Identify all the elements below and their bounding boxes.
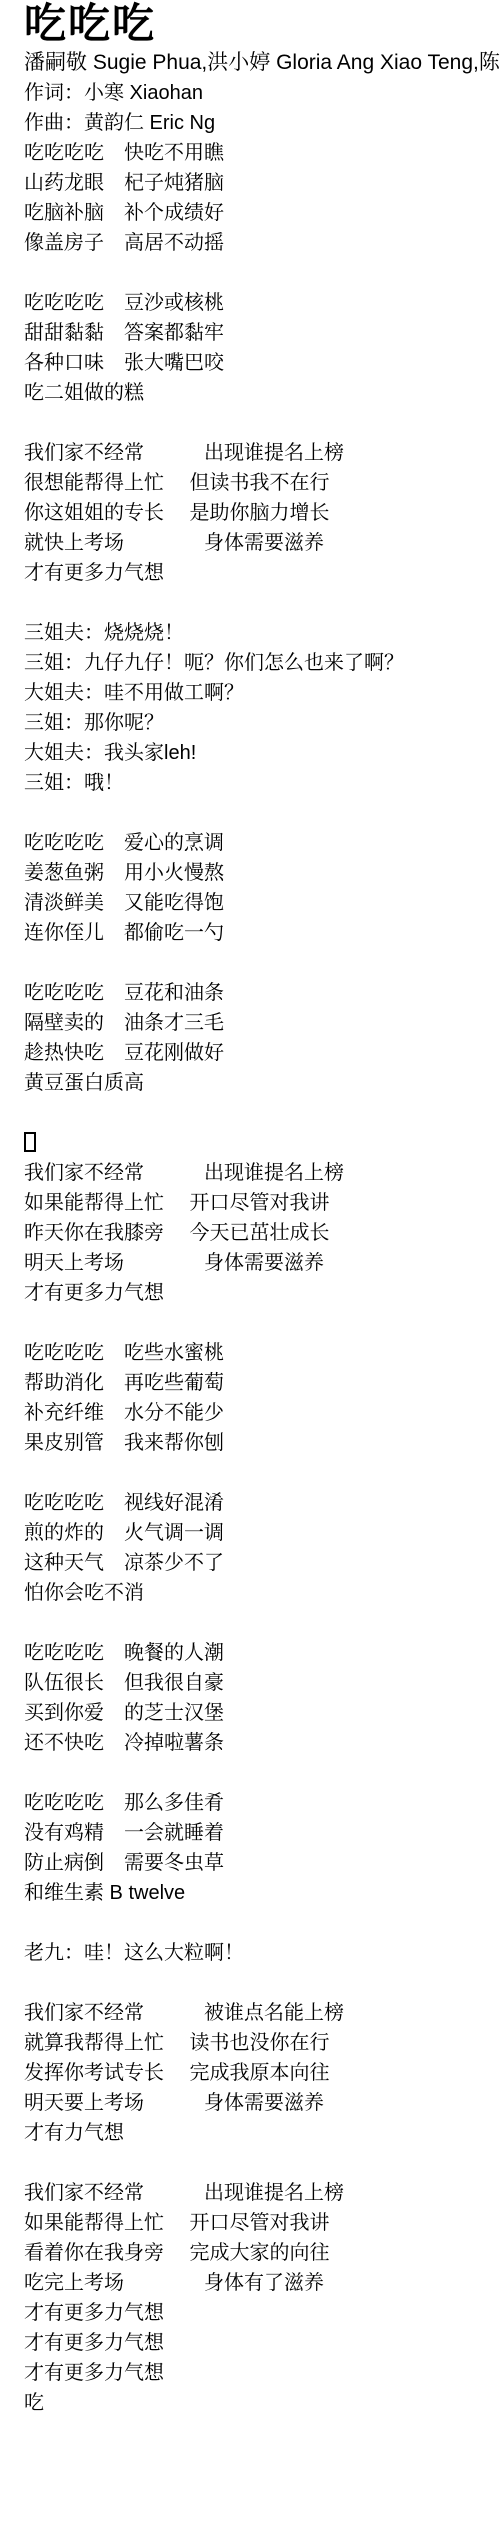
lyric-line: 黄豆蛋白质高 — [24, 1068, 500, 1098]
lyric-line: 老九：哇！这么大粒啊！ — [24, 1938, 500, 1968]
lyric-line: 如果能帮得上忙 开口尽管对我讲 — [24, 2208, 500, 2238]
lyric-line: 三姐夫：烧烧烧！ — [24, 618, 500, 648]
lyric-line: 和维生素 B twelve — [24, 1878, 500, 1908]
stanza: 我们家不经常 出现谁提名上榜很想能帮得上忙 但读书我不在行你这姐姐的专长 是助你… — [24, 438, 500, 588]
lyric-line: 才有更多力气想 — [24, 2358, 500, 2388]
lyric-line — [24, 1128, 500, 1158]
lyric-line: 昨天你在我膝旁 今天已茁壮成长 — [24, 1218, 500, 1248]
lyrics-page: 吃吃吃 潘嗣敬 Sugie Phua,洪小婷 Gloria Ang Xiao T… — [0, 0, 500, 2530]
lyrics-body: 吃吃吃吃 快吃不用瞧山药龙眼 杞子炖猪脑吃脑补脑 补个成绩好像盖房子 高居不动摇… — [24, 138, 500, 2418]
lyric-line: 吃二姐做的糕 — [24, 378, 500, 408]
stanza: 吃吃吃吃 豆沙或核桃甜甜黏黏 答案都黏牢各种口味 张大嘴巴咬吃二姐做的糕 — [24, 288, 500, 408]
lyric-line: 大姐夫：哇不用做工啊？ — [24, 678, 500, 708]
lyric-line: 果皮别管 我来帮你刨 — [24, 1428, 500, 1458]
stanza: 吃吃吃吃 晚餐的人潮队伍很长 但我很自豪买到你爱 的芝士汉堡还不快吃 冷掉啦薯条 — [24, 1638, 500, 1758]
credit-line: 作词：小寒 Xiaohan — [24, 78, 500, 108]
lyric-line: 吃吃吃吃 吃些水蜜桃 — [24, 1338, 500, 1368]
lyric-line: 吃吃吃吃 豆花和油条 — [24, 978, 500, 1008]
lyric-line: 吃吃吃吃 视线好混淆 — [24, 1488, 500, 1518]
lyric-line: 吃 — [24, 2388, 500, 2418]
lyric-line: 三姐：九仔九仔！呃？你们怎么也来了啊？ — [24, 648, 500, 678]
lyric-line: 煎的炸的 火气调一调 — [24, 1518, 500, 1548]
lyric-line: 隔壁卖的 油条才三毛 — [24, 1008, 500, 1038]
lyric-line: 才有更多力气想 — [24, 2298, 500, 2328]
lyric-line: 才有更多力气想 — [24, 2328, 500, 2358]
lyric-line: 连你侄儿 都偷吃一勺 — [24, 918, 500, 948]
lyric-line: 这种天气 凉茶少不了 — [24, 1548, 500, 1578]
lyric-line: 才有更多力气想 — [24, 1278, 500, 1308]
lyric-line: 才有更多力气想 — [24, 558, 500, 588]
stanza: 我们家不经常 出现谁提名上榜如果能帮得上忙 开口尽管对我讲看着你在我身旁 完成大… — [24, 2178, 500, 2418]
lyric-line: 各种口味 张大嘴巴咬 — [24, 348, 500, 378]
lyric-line: 才有力气想 — [24, 2118, 500, 2148]
song-title: 吃吃吃 — [24, 0, 500, 48]
lyric-line: 没有鸡精 一会就睡着 — [24, 1818, 500, 1848]
lyric-line: 补充纤维 水分不能少 — [24, 1398, 500, 1428]
lyric-line: 大姐夫：我头家leh! — [24, 738, 500, 768]
lyric-line: 如果能帮得上忙 开口尽管对我讲 — [24, 1188, 500, 1218]
stanza: 吃吃吃吃 那么多佳肴没有鸡精 一会就睡着防止病倒 需要冬虫草和维生素 B twe… — [24, 1788, 500, 1908]
lyric-line: 发挥你考试专长 完成我原本向往 — [24, 2058, 500, 2088]
lyric-line: 三姐：哦！ — [24, 768, 500, 798]
lyric-line: 吃吃吃吃 晚餐的人潮 — [24, 1638, 500, 1668]
stanza: 吃吃吃吃 豆花和油条隔壁卖的 油条才三毛趁热快吃 豆花刚做好黄豆蛋白质高 — [24, 978, 500, 1098]
lyric-line: 像盖房子 高居不动摇 — [24, 228, 500, 258]
lyric-line: 帮助消化 再吃些葡萄 — [24, 1368, 500, 1398]
lyric-line: 姜葱鱼粥 用小火慢熬 — [24, 858, 500, 888]
artist-line: 潘嗣敬 Sugie Phua,洪小婷 Gloria Ang Xiao Teng,… — [24, 48, 500, 78]
lyric-line: 吃完上考场 身体有了滋养 — [24, 2268, 500, 2298]
lyric-line: 趁热快吃 豆花刚做好 — [24, 1038, 500, 1068]
credits: 作词：小寒 Xiaohan作曲：黄韵仁 Eric Ng — [24, 78, 500, 138]
lyric-line: 很想能帮得上忙 但读书我不在行 — [24, 468, 500, 498]
stanza: 我们家不经常 出现谁提名上榜如果能帮得上忙 开口尽管对我讲昨天你在我膝旁 今天已… — [24, 1128, 500, 1308]
lyric-line: 买到你爱 的芝士汉堡 — [24, 1698, 500, 1728]
lyric-line: 我们家不经常 被谁点名能上榜 — [24, 1998, 500, 2028]
lyric-line: 吃脑补脑 补个成绩好 — [24, 198, 500, 228]
lyric-line: 还不快吃 冷掉啦薯条 — [24, 1728, 500, 1758]
lyric-line: 明天要上考场 身体需要滋养 — [24, 2088, 500, 2118]
stanza: 三姐夫：烧烧烧！三姐：九仔九仔！呃？你们怎么也来了啊？大姐夫：哇不用做工啊？三姐… — [24, 618, 500, 798]
stanza: 吃吃吃吃 爱心的烹调姜葱鱼粥 用小火慢熬清淡鲜美 又能吃得饱连你侄儿 都偷吃一勺 — [24, 828, 500, 948]
stanza: 我们家不经常 被谁点名能上榜就算我帮得上忙 读书也没你在行发挥你考试专长 完成我… — [24, 1998, 500, 2148]
lyric-line: 吃吃吃吃 那么多佳肴 — [24, 1788, 500, 1818]
lyric-line: 就算我帮得上忙 读书也没你在行 — [24, 2028, 500, 2058]
stanza: 吃吃吃吃 吃些水蜜桃帮助消化 再吃些葡萄补充纤维 水分不能少果皮别管 我来帮你刨 — [24, 1338, 500, 1458]
lyric-line: 清淡鲜美 又能吃得饱 — [24, 888, 500, 918]
lyric-line: 你这姐姐的专长 是助你脑力增长 — [24, 498, 500, 528]
lyric-line: 三姐：那你呢？ — [24, 708, 500, 738]
lyric-line: 明天上考场 身体需要滋养 — [24, 1248, 500, 1278]
credit-line: 作曲：黄韵仁 Eric Ng — [24, 108, 500, 138]
page-header: 吃吃吃 潘嗣敬 Sugie Phua,洪小婷 Gloria Ang Xiao T… — [24, 0, 500, 78]
lyric-line: 我们家不经常 出现谁提名上榜 — [24, 1158, 500, 1188]
lyric-line: 甜甜黏黏 答案都黏牢 — [24, 318, 500, 348]
lyric-line: 就快上考场 身体需要滋养 — [24, 528, 500, 558]
lyric-line: 吃吃吃吃 豆沙或核桃 — [24, 288, 500, 318]
stanza: 吃吃吃吃 快吃不用瞧山药龙眼 杞子炖猪脑吃脑补脑 补个成绩好像盖房子 高居不动摇 — [24, 138, 500, 258]
lyric-line: 我们家不经常 出现谁提名上榜 — [24, 2178, 500, 2208]
lyric-line: 我们家不经常 出现谁提名上榜 — [24, 438, 500, 468]
lyric-line: 吃吃吃吃 爱心的烹调 — [24, 828, 500, 858]
missing-glyph-box — [24, 1132, 36, 1152]
lyric-line: 山药龙眼 杞子炖猪脑 — [24, 168, 500, 198]
lyric-line: 看着你在我身旁 完成大家的向往 — [24, 2238, 500, 2268]
stanza: 吃吃吃吃 视线好混淆煎的炸的 火气调一调这种天气 凉茶少不了怕你会吃不消 — [24, 1488, 500, 1608]
lyric-line: 吃吃吃吃 快吃不用瞧 — [24, 138, 500, 168]
lyric-line: 防止病倒 需要冬虫草 — [24, 1848, 500, 1878]
lyric-line: 怕你会吃不消 — [24, 1578, 500, 1608]
lyric-line: 队伍很长 但我很自豪 — [24, 1668, 500, 1698]
stanza: 老九：哇！这么大粒啊！ — [24, 1938, 500, 1968]
